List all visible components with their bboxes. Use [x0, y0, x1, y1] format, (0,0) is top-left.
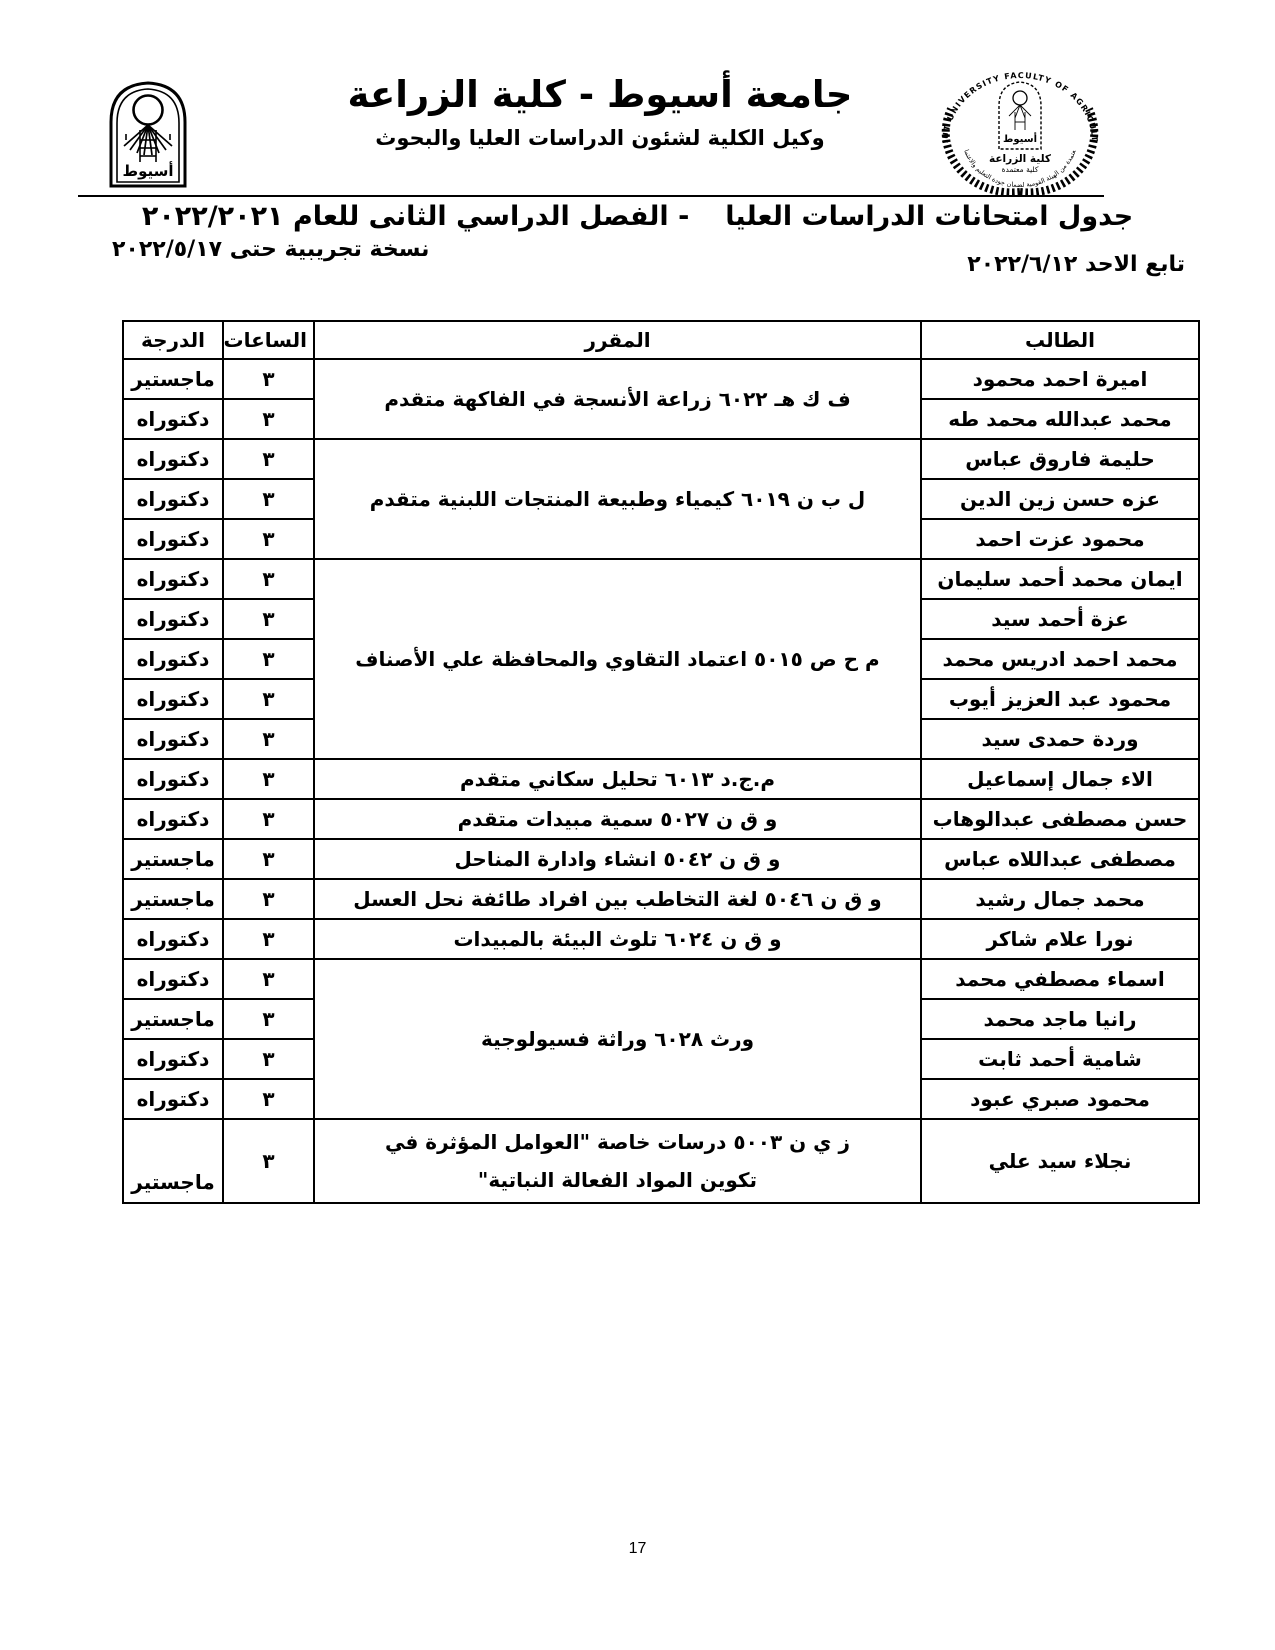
degree-cell: دكتوراه: [123, 679, 223, 719]
degree-cell: دكتوراه: [123, 519, 223, 559]
hours-cell: ٣: [223, 879, 314, 919]
table-row: نجلاء سيد علي ز ي ن ٥٠٠٣ درسات خاصة "الع…: [123, 1119, 1199, 1203]
student-name-cell: رانيا ماجد محمد: [921, 999, 1199, 1039]
course-cell: و ق ن ٥٠٤٦ لغة التخاطب بين افراد طائفة ن…: [314, 879, 921, 919]
hours-cell: ٣: [223, 919, 314, 959]
document-title-part1: جدول امتحانات الدراسات العليا: [725, 201, 1133, 232]
degree-cell: ماجستير: [123, 1119, 223, 1203]
student-name-cell: محمد عبدالله محمد طه: [921, 399, 1199, 439]
hours-cell: ٣: [223, 399, 314, 439]
degree-cell: دكتوراه: [123, 719, 223, 759]
student-name-cell: محمود صبري عبود: [921, 1079, 1199, 1119]
column-header-hours: الساعات: [223, 321, 314, 359]
hours-cell: ٣: [223, 439, 314, 479]
student-name-cell: وردة حمدى سيد: [921, 719, 1199, 759]
degree-cell: دكتوراه: [123, 919, 223, 959]
student-name-cell: اميرة احمد محمود: [921, 359, 1199, 399]
degree-cell: دكتوراه: [123, 599, 223, 639]
degree-cell: ماجستير: [123, 999, 223, 1039]
seal-center-line2: كلية معتمدة: [1002, 165, 1039, 174]
student-name-cell: عزة أحمد سيد: [921, 599, 1199, 639]
student-name-cell: شامية أحمد ثابت: [921, 1039, 1199, 1079]
vice-dean-line: وكيل الكلية لشئون الدراسات العليا والبحو…: [298, 126, 902, 150]
course-cell: ل ب ن ٦٠١٩ كيمياء وطبيعة المنتجات اللبني…: [314, 439, 921, 559]
degree-cell: دكتوراه: [123, 759, 223, 799]
hours-cell: ٣: [223, 839, 314, 879]
degree-cell: دكتوراه: [123, 639, 223, 679]
table-row: نورا علام شاكر و ق ن ٦٠٢٤ تلوث البيئة با…: [123, 919, 1199, 959]
header-title-block: جامعة أسيوط - كلية الزراعة وكيل الكلية ل…: [298, 74, 902, 150]
student-name-cell: اسماء مصطفي محمد: [921, 959, 1199, 999]
student-name-cell: عزه حسن زين الدين: [921, 479, 1199, 519]
degree-cell: دكتوراه: [123, 479, 223, 519]
course-cell: و ق ن ٥٠٢٧ سمية مبيدات متقدم: [314, 799, 921, 839]
hours-cell: ٣: [223, 1079, 314, 1119]
student-name-cell: ايمان محمد أحمد سليمان: [921, 559, 1199, 599]
student-name-cell: نورا علام شاكر: [921, 919, 1199, 959]
course-cell: ف ك هـ ٦٠٢٢ زراعة الأنسجة في الفاكهة متق…: [314, 359, 921, 439]
document-title-part2: - الفصل الدراسي الثانى للعام ٢٠٢٢/٢٠٢١: [142, 201, 689, 232]
degree-cell: ماجستير: [123, 839, 223, 879]
hours-cell: ٣: [223, 959, 314, 999]
degree-cell: دكتوراه: [123, 399, 223, 439]
hours-cell: ٣: [223, 759, 314, 799]
seal-center-line1: كلية الزراعة: [989, 153, 1052, 165]
degree-cell: ماجستير: [123, 879, 223, 919]
hours-cell: ٣: [223, 519, 314, 559]
student-name-cell: مصطفى عبداللاه عباس: [921, 839, 1199, 879]
course-cell: و ق ن ٦٠٢٤ تلوث البيئة بالمبيدات: [314, 919, 921, 959]
student-name-cell: حسن مصطفى عبدالوهاب: [921, 799, 1199, 839]
course-cell: م ح ص ٥٠١٥ اعتماد التقاوي والمحافظة علي …: [314, 559, 921, 759]
table-row: حليمة فاروق عباس ل ب ن ٦٠١٩ كيمياء وطبيع…: [123, 439, 1199, 479]
continue-date: تابع الاحد ٢٠٢٢/٦/١٢: [967, 252, 1185, 277]
hours-cell: ٣: [223, 479, 314, 519]
hours-cell: ٣: [223, 559, 314, 599]
seal-top-text: ASSIUT UNIVERSITY FACULTY OF AGRICULTURE: [930, 54, 1099, 143]
course-cell: ز ي ن ٥٠٠٣ درسات خاصة "العوامل المؤثرة ف…: [314, 1119, 921, 1203]
hours-cell: ٣: [223, 719, 314, 759]
course-cell: ورث ٦٠٢٨ وراثة فسيولوجية: [314, 959, 921, 1119]
hours-cell: ٣: [223, 799, 314, 839]
assiut-university-emblem-icon: أسيوط: [104, 74, 192, 194]
hours-cell: ٣: [223, 999, 314, 1039]
hours-cell: ٣: [223, 639, 314, 679]
table-row: اسماء مصطفي محمد ورث ٦٠٢٨ وراثة فسيولوجي…: [123, 959, 1199, 999]
table-row: الاء جمال إسماعيل م.ج.د ٦٠١٣ تحليل سكاني…: [123, 759, 1199, 799]
column-header-course: المقرر: [314, 321, 921, 359]
faculty-seal-icon: ASSIUT UNIVERSITY FACULTY OF AGRICULTURE…: [930, 54, 1110, 204]
degree-cell: دكتوراه: [123, 439, 223, 479]
exam-schedule-table: الطالب المقرر الساعات الدرجة اميرة احمد …: [122, 320, 1200, 1204]
hours-cell: ٣: [223, 1039, 314, 1079]
hours-cell: ٣: [223, 599, 314, 639]
document-title: جدول امتحانات الدراسات العليا - الفصل ال…: [0, 201, 1275, 232]
table-row: حسن مصطفى عبدالوهاب و ق ن ٥٠٢٧ سمية مبيد…: [123, 799, 1199, 839]
student-name-cell: محمود عزت احمد: [921, 519, 1199, 559]
student-name-cell: محمد احمد ادريس محمد: [921, 639, 1199, 679]
hours-cell: ٣: [223, 359, 314, 399]
column-header-degree: الدرجة: [123, 321, 223, 359]
university-title: جامعة أسيوط - كلية الزراعة: [298, 74, 902, 117]
degree-cell: دكتوراه: [123, 559, 223, 599]
column-header-student: الطالب: [921, 321, 1199, 359]
svg-text:ASSIUT UNIVERSITY FACULTY OF A: ASSIUT UNIVERSITY FACULTY OF AGRICULTURE: [930, 54, 1099, 143]
degree-cell: ماجستير: [123, 359, 223, 399]
student-name-cell: نجلاء سيد علي: [921, 1119, 1199, 1203]
table-header-row: الطالب المقرر الساعات الدرجة: [123, 321, 1199, 359]
table-row: ايمان محمد أحمد سليمان م ح ص ٥٠١٥ اعتماد…: [123, 559, 1199, 599]
course-cell: م.ج.د ٦٠١٣ تحليل سكاني متقدم: [314, 759, 921, 799]
student-name-cell: الاء جمال إسماعيل: [921, 759, 1199, 799]
seal-center-city: أسيوط: [1003, 132, 1037, 145]
degree-cell: دكتوراه: [123, 959, 223, 999]
page-number: 17: [0, 1540, 1275, 1558]
trial-version-note: نسخة تجريبية حتى ٢٠٢٢/٥/١٧: [112, 237, 429, 262]
degree-cell: دكتوراه: [123, 799, 223, 839]
student-name-cell: محمد جمال رشيد: [921, 879, 1199, 919]
degree-cell: دكتوراه: [123, 1079, 223, 1119]
student-name-cell: حليمة فاروق عباس: [921, 439, 1199, 479]
table-row: اميرة احمد محمود ف ك هـ ٦٠٢٢ زراعة الأنس…: [123, 359, 1199, 399]
document-page: أسيوط جامعة أسيوط - كلية الزراعة وكيل ال…: [0, 0, 1275, 1650]
course-cell: و ق ن ٥٠٤٢ انشاء وادارة المناحل: [314, 839, 921, 879]
emblem-city-label: أسيوط: [123, 161, 174, 180]
student-name-cell: محمود عبد العزيز أيوب: [921, 679, 1199, 719]
table-row: مصطفى عبداللاه عباس و ق ن ٥٠٤٢ انشاء واد…: [123, 839, 1199, 879]
degree-cell: دكتوراه: [123, 1039, 223, 1079]
hours-cell: ٣: [223, 679, 314, 719]
header-divider: [78, 195, 1104, 197]
hours-cell: ٣: [223, 1119, 314, 1203]
table-row: محمد جمال رشيد و ق ن ٥٠٤٦ لغة التخاطب بي…: [123, 879, 1199, 919]
